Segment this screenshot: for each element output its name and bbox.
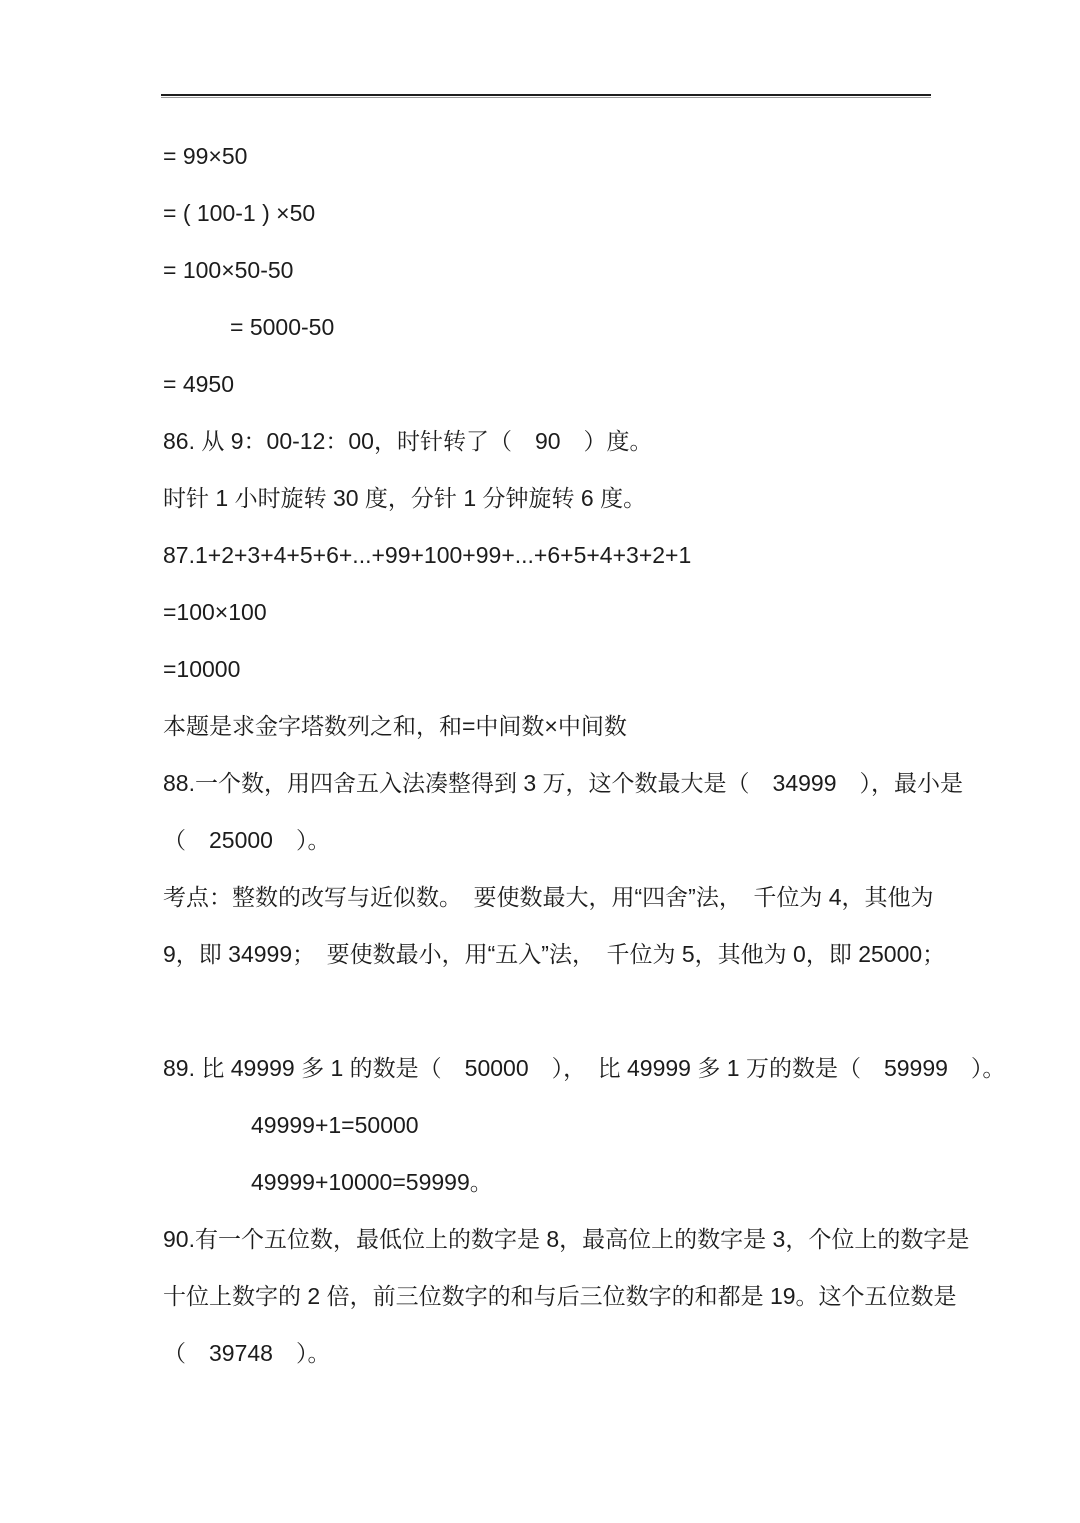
question-90-continued: 十位上数字的 2 倍，前三位数字的和与后三位数字的和都是 19。这个五位数是	[163, 1268, 1013, 1325]
equation-line: =10000	[163, 641, 1013, 698]
answer-90: （ 39748 ）。	[163, 1325, 1013, 1382]
question-88-continued: （ 25000 ）。	[163, 812, 1013, 869]
question-87: 87.1+2+3+4+5+6+...+99+100+99+...+6+5+4+3…	[163, 527, 1013, 584]
worksheet-page: = 99×50 = ( 100-1 ) ×50 = 100×50-50 = 50…	[0, 0, 1080, 1523]
equation-line: = 99×50	[163, 128, 1013, 185]
equation-line: = 5000-50	[163, 299, 1013, 356]
explanation-87: 本题是求金字塔数列之和，和=中间数×中间数	[163, 698, 1013, 755]
header-rule	[161, 94, 931, 98]
equation-line: = 4950	[163, 356, 1013, 413]
question-90: 90.有一个五位数，最低位上的数字是 8，最高位上的数字是 3，个位上的数字是	[163, 1211, 1013, 1268]
equation-line: 49999+1=50000	[163, 1097, 1013, 1154]
question-89: 89. 比 49999 多 1 的数是（ 50000 ）， 比 49999 多 …	[163, 1040, 1013, 1097]
explanation-86: 时针 1 小时旋转 30 度，分针 1 分钟旋转 6 度。	[163, 470, 1013, 527]
equation-line: =100×100	[163, 584, 1013, 641]
question-86: 86. 从 9：00-12：00，时针转了（ 90 ）度。	[163, 413, 1013, 470]
equation-line: 49999+10000=59999。	[163, 1154, 1013, 1211]
equation-line: = 100×50-50	[163, 242, 1013, 299]
document-body: = 99×50 = ( 100-1 ) ×50 = 100×50-50 = 50…	[163, 128, 1013, 1382]
equation-line: = ( 100-1 ) ×50	[163, 185, 1013, 242]
explanation-88-continued: 9，即 34999； 要使数最小，用“五入”法， 千位为 5，其他为 0，即 2…	[163, 926, 1013, 983]
blank-line	[163, 983, 1013, 1040]
question-88: 88.一个数，用四舍五入法凑整得到 3 万，这个数最大是（ 34999 ），最小…	[163, 755, 1013, 812]
explanation-88: 考点：整数的改写与近似数。 要使数最大，用“四舍”法， 千位为 4，其他为	[163, 869, 1013, 926]
